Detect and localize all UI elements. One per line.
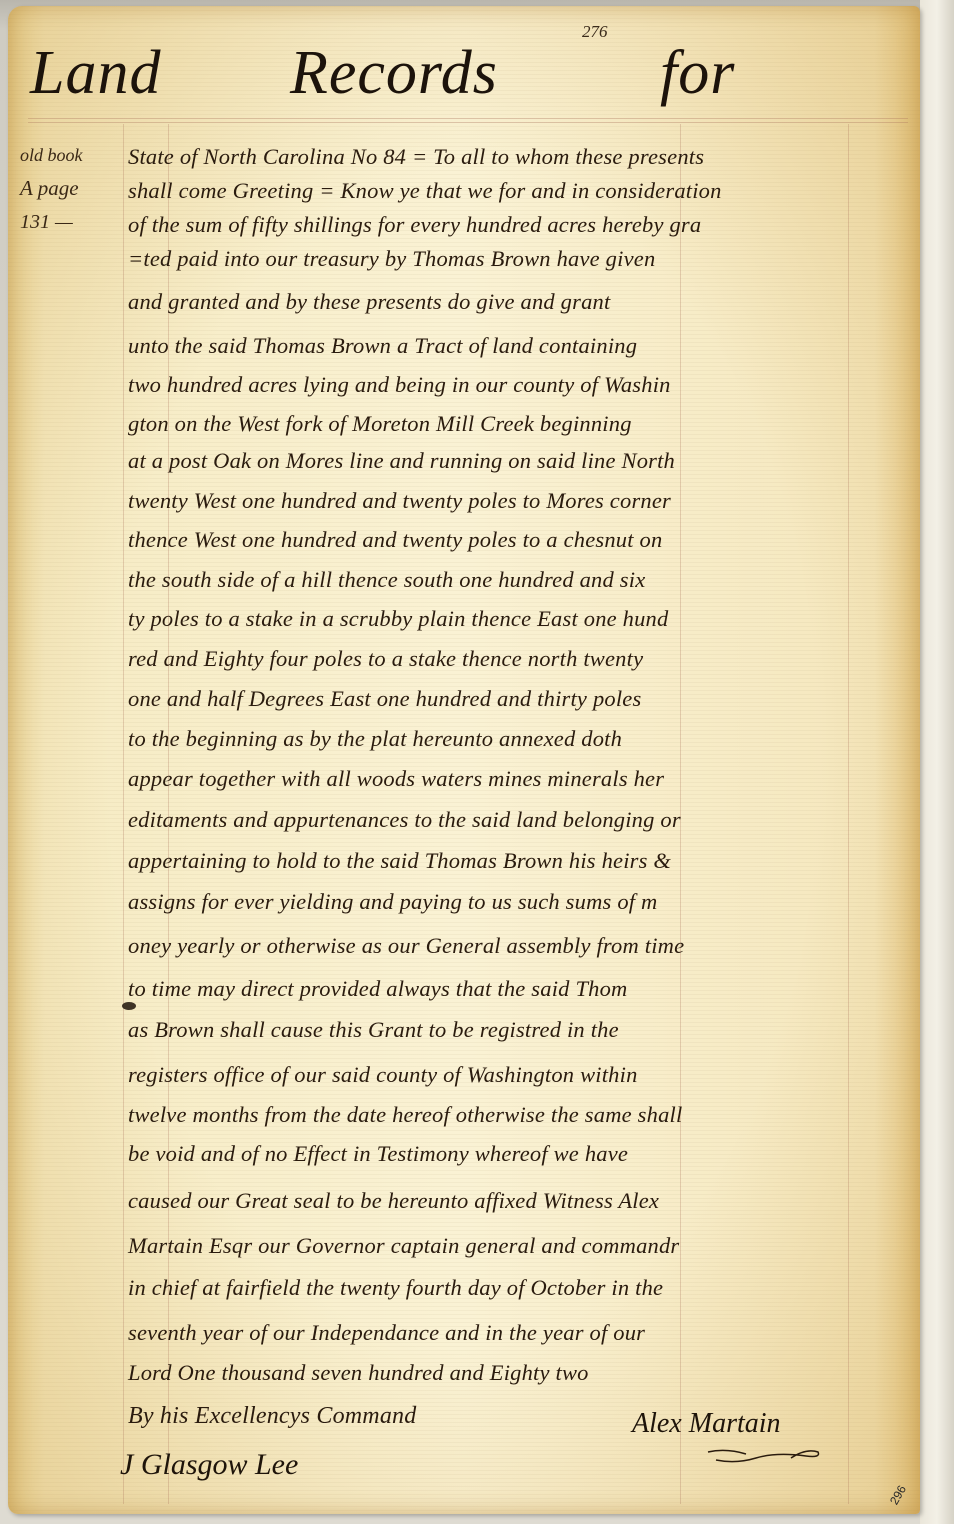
signature-governor: Alex Martain (632, 1408, 781, 1440)
title-records: Records (290, 42, 498, 104)
text-line: and granted and by these presents do giv… (128, 291, 918, 314)
margin-note-line: A page (20, 178, 79, 199)
text-line: Lord One thousand seven hundred and Eigh… (128, 1362, 918, 1385)
text-line: unto the said Thomas Brown a Tract of la… (128, 335, 918, 358)
text-line: appear together with all woods waters mi… (128, 768, 918, 791)
text-line: to the beginning as by the plat hereunto… (128, 728, 918, 751)
text-line: the south side of a hill thence south on… (128, 569, 918, 592)
text-line: be void and of no Effect in Testimony wh… (128, 1143, 918, 1166)
signature-secretary: J Glasgow Lee (120, 1448, 298, 1482)
ink-blot (122, 1002, 136, 1010)
margin-rule (123, 124, 124, 1504)
text-line: registers office of our said county of W… (128, 1064, 918, 1087)
text-line: ty poles to a stake in a scrubby plain t… (128, 608, 918, 631)
text-line: red and Eighty four poles to a stake the… (128, 648, 918, 671)
text-line: oney yearly or otherwise as our General … (128, 935, 918, 958)
text-line: at a post Oak on Mores line and running … (128, 450, 918, 473)
text-line: Martain Esqr our Governor captain genera… (128, 1235, 918, 1258)
text-line: State of North Carolina No 84 = To all t… (128, 146, 918, 169)
title-land: Land (30, 42, 161, 104)
page-edge (920, 0, 954, 1524)
text-line: in chief at fairfield the twenty fourth … (128, 1277, 918, 1300)
ruled-line (28, 118, 908, 119)
signature-flourish-icon (706, 1446, 826, 1466)
text-line-command: By his Excellencys Command (128, 1404, 918, 1428)
text-line: shall come Greeting = Know ye that we fo… (128, 180, 918, 203)
title-for: for (660, 42, 735, 104)
text-line: twelve months from the date hereof other… (128, 1104, 918, 1127)
margin-note-line: 131 — (20, 212, 73, 232)
text-line: thence West one hundred and twenty poles… (128, 529, 918, 552)
text-line: of the sum of fifty shillings for every … (128, 214, 918, 237)
text-line: =ted paid into our treasury by Thomas Br… (128, 248, 918, 271)
folio-number: 276 (582, 22, 608, 42)
text-line: assigns for ever yielding and paying to … (128, 891, 918, 914)
text-line: to time may direct provided always that … (128, 978, 918, 1001)
text-line: gton on the West fork of Moreton Mill Cr… (128, 413, 918, 436)
text-line: appertaining to hold to the said Thomas … (128, 850, 918, 873)
text-line: seventh year of our Independance and in … (128, 1322, 918, 1345)
text-line: twenty West one hundred and twenty poles… (128, 490, 918, 513)
text-line: two hundred acres lying and being in our… (128, 374, 918, 397)
ruled-line (28, 122, 908, 123)
text-line: as Brown shall cause this Grant to be re… (128, 1019, 918, 1042)
margin-note-line: old book (20, 146, 83, 164)
text-line: one and half Degrees East one hundred an… (128, 688, 918, 711)
text-line: caused our Great seal to be hereunto aff… (128, 1190, 918, 1213)
text-line: editaments and appurtenances to the said… (128, 809, 918, 832)
